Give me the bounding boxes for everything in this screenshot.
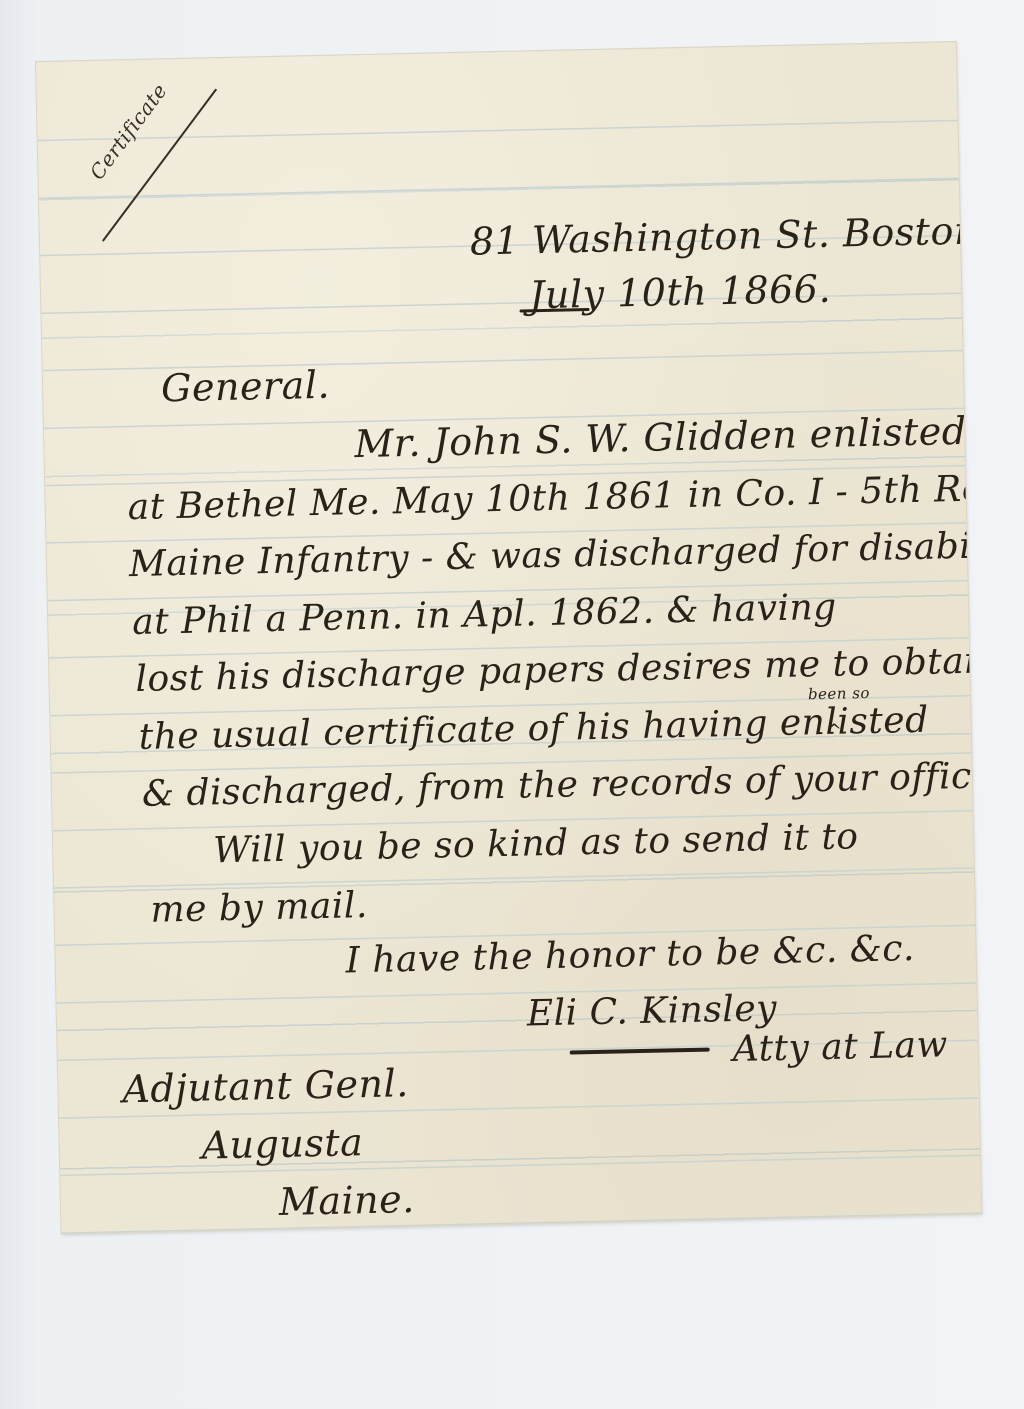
letter-date: July 10th 1866.: [529, 270, 832, 315]
letter-paper: Certificate 81 Washington St. Boston Jul…: [36, 42, 981, 1234]
signature-title: Atty at Law: [732, 1027, 948, 1068]
body-line-9: me by mail.: [150, 888, 368, 929]
letter-address: 81 Washington St. Boston: [470, 211, 980, 260]
addressee-line-2: Augusta: [201, 1123, 363, 1165]
interlinear-insertion: been so: [808, 686, 870, 702]
addressee-line-3: Maine.: [279, 1180, 416, 1221]
scanned-document: Certificate 81 Washington St. Boston Jul…: [0, 0, 1024, 1409]
signature-name: Eli C. Kinsley: [527, 991, 778, 1032]
addressee-line-1: Adjutant Genl.: [122, 1064, 409, 1108]
salutation: General.: [161, 366, 331, 408]
